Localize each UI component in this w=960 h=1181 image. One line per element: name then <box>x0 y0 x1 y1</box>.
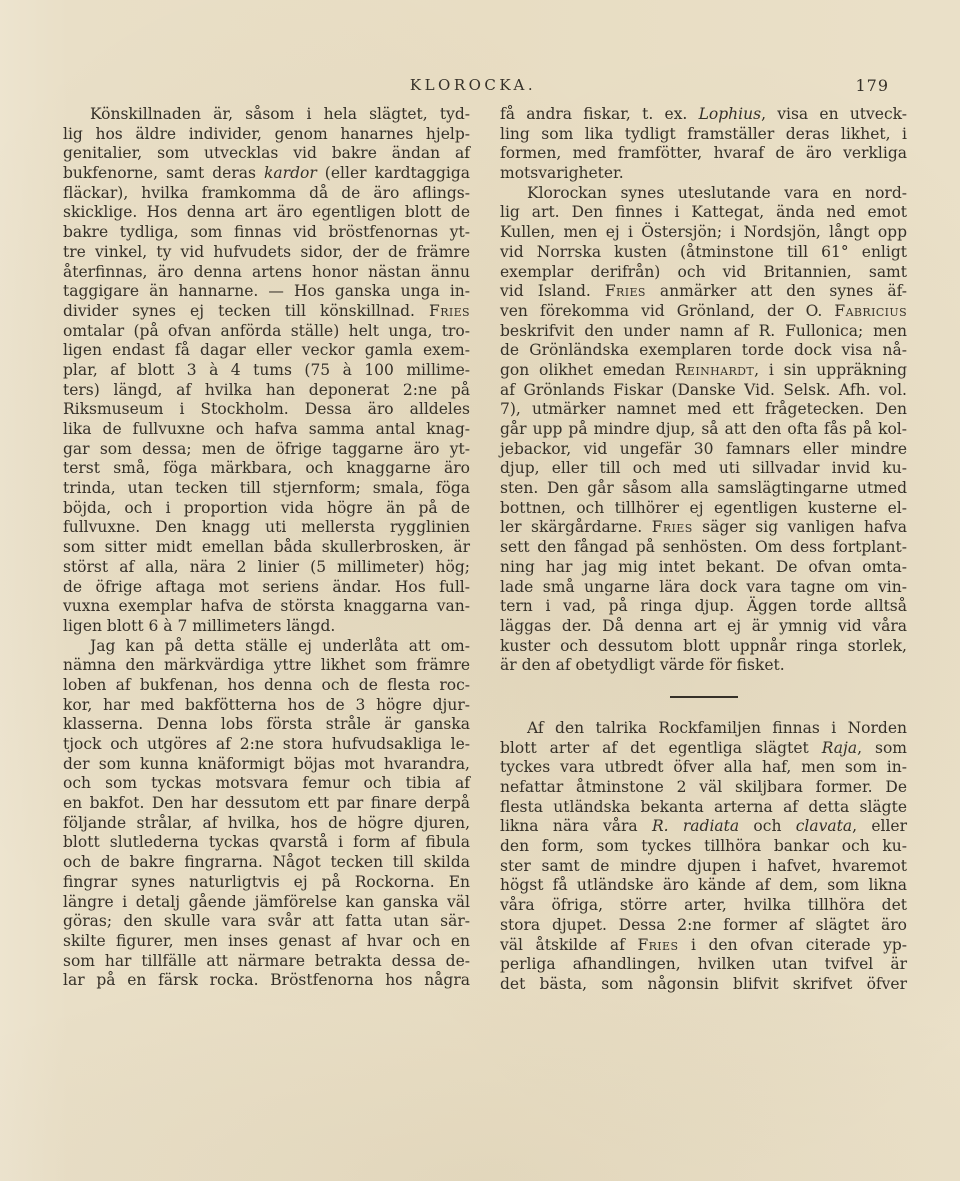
text-line: stora djupet. Dessa 2:ne former af slägt… <box>500 916 907 936</box>
text-line: plar, af blott 3 à 4 tums (75 à 100 mill… <box>63 361 470 381</box>
text-line: trinda, utan tecken till stjernform; sma… <box>63 479 470 499</box>
text-line: genitalier, som utvecklas vid bakre ända… <box>63 144 470 164</box>
text-line: vuxna exemplar hafva de största knaggarn… <box>63 597 470 617</box>
text-line: återfinnas, äro denna artens honor nästa… <box>63 263 470 283</box>
text-line: Klorockan synes uteslutande vara en nord… <box>500 184 907 204</box>
small-caps-name: Fries <box>637 936 678 954</box>
text-line: lika de fullvuxne och hafva samma antal … <box>63 420 470 440</box>
text-line: Af den talrika Rockfamiljen finnas i Nor… <box>500 719 907 739</box>
text-line: bakre tydliga, som finnas vid bröstfenor… <box>63 223 470 243</box>
text-line: blott slutlederna tyckas qvarstå i form … <box>63 833 470 853</box>
scanned-book-page: KLOROCKA. 179 Könskillnaden är, såsom i … <box>0 0 960 1181</box>
text-line: ler skärgårdarne. Fries säger sig vanlig… <box>500 518 907 538</box>
text-line: taggigare än hannarne. — Hos ganska unga… <box>63 282 470 302</box>
text-line: Jag kan på detta ställe ej underlåta att… <box>63 637 470 657</box>
text-line: loben af bukfenan, hos denna och de fles… <box>63 676 470 696</box>
page-number: 179 <box>855 76 889 95</box>
text-line: lade små ungarne lära dock vara tagne om… <box>500 578 907 598</box>
text-line: våra öfriga, större arter, hvilka tillhö… <box>500 896 907 916</box>
text-line: vid Norrska kusten (åtminstone till 61° … <box>500 243 907 263</box>
text-line: är den af obetydligt värde för fisket. <box>500 656 907 676</box>
text-line: Kullen, men ej i Östersjön; i Nordsjön, … <box>500 223 907 243</box>
text-line: böjda, och i proportion vida högre än på… <box>63 499 470 519</box>
text-line: kor, har med bakfötterna hos de 3 högre … <box>63 696 470 716</box>
text-line: längre i detalj gående jämförelse kan ga… <box>63 893 470 913</box>
small-caps-name: Fries <box>652 518 693 536</box>
text-line: skicklige. Hos denna art äro egentligen … <box>63 203 470 223</box>
text-line: klasserna. Denna lobs första stråle är g… <box>63 715 470 735</box>
text-line: och de bakre fingrarna. Något tecken til… <box>63 853 470 873</box>
text-line: gon olikhet emedan Reinhardt, i sin uppr… <box>500 361 907 381</box>
text-line: lig art. Den finnes i Kattegat, ända ned… <box>500 203 907 223</box>
text-line: fullvuxne. Den knagg uti mellersta ryggl… <box>63 518 470 538</box>
text-line: fingrar synes naturligtvis ej på Rockorn… <box>63 873 470 893</box>
text-line: af Grönlands Fiskar (Danske Vid. Selsk. … <box>500 381 907 401</box>
text-line: bukfenorne, samt deras kardor (eller kar… <box>63 164 470 184</box>
text-line: lig hos äldre individer, genom hanarnes … <box>63 125 470 145</box>
text-line: exemplar derifrån) och vid Britannien, s… <box>500 263 907 283</box>
text-line: vid Island. Fries anmärker att den synes… <box>500 282 907 302</box>
running-head-title: KLOROCKA. <box>51 76 895 94</box>
paragraph: få andra fiskar, t. ex. Lophius, visa en… <box>500 105 907 184</box>
text-line: perliga afhandlingen, hvilken utan tvifv… <box>500 955 907 975</box>
text-line: formen, med framfötter, hvaraf de äro ve… <box>500 144 907 164</box>
text-line: göras; den skulle vara svår att fatta ut… <box>63 912 470 932</box>
text-line: flesta utländska bekanta arterna af dett… <box>500 798 907 818</box>
small-caps-name: Fries <box>429 302 470 320</box>
text-line: som har tillfälle att närmare betrakta d… <box>63 952 470 972</box>
small-caps-name: Fabricius <box>834 302 907 320</box>
text-line: läggas der. Då denna art ej är ymnig vid… <box>500 617 907 637</box>
text-line: tre vinkel, ty vid hufvudets sidor, der … <box>63 243 470 263</box>
small-caps-name: Reinhardt <box>675 361 754 379</box>
small-caps-name: Fries <box>605 282 646 300</box>
text-line: tyckes vara utbredt öfver alla haf, men … <box>500 758 907 778</box>
text-columns: Könskillnaden är, såsom i hela slägtet, … <box>63 105 907 995</box>
column-left: Könskillnaden är, såsom i hela slägtet, … <box>63 105 470 995</box>
text-line: gar som dessa; men de öfrige taggarne är… <box>63 440 470 460</box>
text-line: tern i vad, på ringa djup. Äggen torde a… <box>500 597 907 617</box>
text-line: högst få utländske äro kände af dem, som… <box>500 876 907 896</box>
italic-text: R. radiata <box>652 817 739 835</box>
paragraph: Jag kan på detta ställe ej underlåta att… <box>63 637 470 991</box>
text-line: följande strålar, af hvilka, hos de högr… <box>63 814 470 834</box>
italic-text: Lophius <box>699 105 761 123</box>
text-line: sett den fångad på senhösten. Om dess fo… <box>500 538 907 558</box>
text-line: bottnen, och tillhörer ej egentligen kus… <box>500 499 907 519</box>
paragraph: Af den talrika Rockfamiljen finnas i Nor… <box>500 719 907 995</box>
text-line: de öfrige aftaga mot seriens ändar. Hos … <box>63 578 470 598</box>
text-line: beskrifvit den under namn af R. Fullonic… <box>500 322 907 342</box>
text-line: som sitter midt emellan båda skullerbros… <box>63 538 470 558</box>
text-line: ligen blott 6 à 7 millimeters längd. <box>63 617 470 637</box>
text-line: det bästa, som någonsin blifvit skrifvet… <box>500 975 907 995</box>
column-right: få andra fiskar, t. ex. Lophius, visa en… <box>500 105 907 995</box>
text-line: motsvarigheter. <box>500 164 907 184</box>
text-line: ster samt de mindre djupen i hafvet, hva… <box>500 857 907 877</box>
text-line: blott arter af det egentliga slägtet Raj… <box>500 739 907 759</box>
text-line: de Grönländska exemplaren torde dock vis… <box>500 341 907 361</box>
italic-text: clavata <box>796 817 852 835</box>
text-line: väl åtskilde af Fries i den ofvan citera… <box>500 936 907 956</box>
paragraph: Klorockan synes uteslutande vara en nord… <box>500 184 907 676</box>
text-line: lar på en färsk rocka. Bröstfenorna hos … <box>63 971 470 991</box>
text-line: nefattar åtminstone 2 väl skiljbara form… <box>500 778 907 798</box>
text-line: ling som lika tydligt framställer deras … <box>500 125 907 145</box>
text-line: Riksmuseum i Stockholm. Dessa äro alldel… <box>63 400 470 420</box>
text-line: ven förekomma vid Grönland, der O. Fabri… <box>500 302 907 322</box>
text-line: likna nära våra R. radiata och clavata, … <box>500 817 907 837</box>
text-line: ligen endast få dagar eller veckor gamla… <box>63 341 470 361</box>
section-divider <box>500 676 907 719</box>
text-line: kuster och dessutom blott uppnår ringa s… <box>500 637 907 657</box>
running-head: KLOROCKA. 179 <box>63 76 907 98</box>
text-line: djup, eller till och med uti sillvadar i… <box>500 459 907 479</box>
text-line: få andra fiskar, t. ex. Lophius, visa en… <box>500 105 907 125</box>
text-line: en bakfot. Den har dessutom ett par fina… <box>63 794 470 814</box>
text-line: jebackor, vid ungefär 30 famnars eller m… <box>500 440 907 460</box>
text-line: sten. Den går såsom alla samslägtingarne… <box>500 479 907 499</box>
text-line: tjock och utgöres af 2:ne stora hufvudsa… <box>63 735 470 755</box>
text-line: terst små, föga märkbara, och knaggarne … <box>63 459 470 479</box>
text-line: ning har jag mig intet bekant. De ofvan … <box>500 558 907 578</box>
text-line: fläckar), hvilka framkomma då de äro afl… <box>63 184 470 204</box>
text-line: störst af alla, nära 2 linier (5 millime… <box>63 558 470 578</box>
text-line: omtalar (på ofvan anförda ställe) helt u… <box>63 322 470 342</box>
text-line: Könskillnaden är, såsom i hela slägtet, … <box>63 105 470 125</box>
italic-text: Raja <box>822 739 857 757</box>
text-line: der som kunna knäformigt böjas mot hvara… <box>63 755 470 775</box>
italic-text: kardor <box>264 164 317 182</box>
text-line: nämna den märkvärdiga yttre likhet som f… <box>63 656 470 676</box>
divider-rule <box>670 696 738 698</box>
text-line: och som tyckas motsvara femur och tibia … <box>63 774 470 794</box>
text-line: divider synes ej tecken till könskillnad… <box>63 302 470 322</box>
text-line: går upp på mindre djup, så att den ofta … <box>500 420 907 440</box>
paragraph: Könskillnaden är, såsom i hela slägtet, … <box>63 105 470 637</box>
text-line: 7), utmärker namnet med ett frågetecken.… <box>500 400 907 420</box>
text-line: skilte figurer, men inses genast af hvar… <box>63 932 470 952</box>
text-line: ters) längd, af hvilka han deponerat 2:n… <box>63 381 470 401</box>
text-line: den form, som tyckes tillhöra bankar och… <box>500 837 907 857</box>
